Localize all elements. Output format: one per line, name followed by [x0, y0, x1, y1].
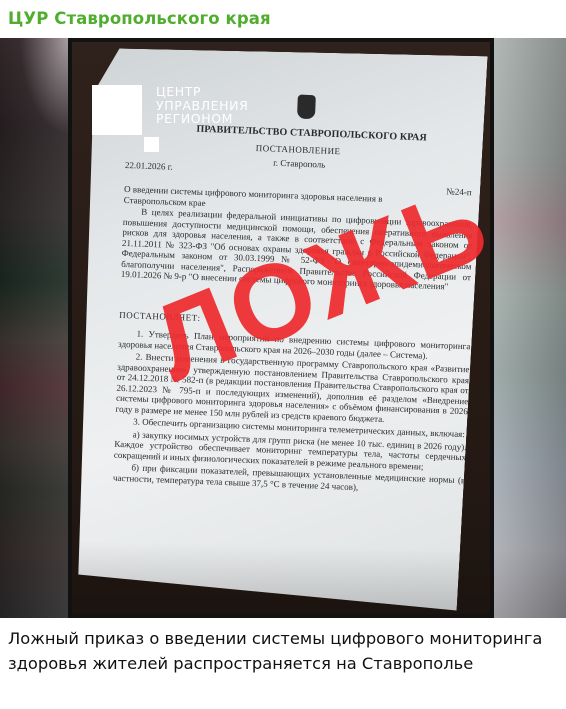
post-photo[interactable]: ПРАВИТЕЛЬСТВО СТАВРОПОЛЬСКОГО КРАЯ ПОСТА…: [0, 38, 566, 618]
logo-square-small: [144, 137, 159, 152]
document-city: г. Ставрополь: [273, 158, 326, 170]
coat-of-arms-icon: [297, 95, 316, 120]
photo-frame-left: [68, 38, 72, 618]
blurred-backdrop-left: [0, 38, 68, 618]
logo-text: ЦЕНТР УПРАВЛЕНИЯ РЕГИОНОМ: [156, 85, 296, 126]
blurred-backdrop-right: [494, 38, 566, 618]
channel-post: ЦУР Ставропольского края ПРАВИТЕЛЬСТВО С…: [0, 0, 566, 709]
logo-line: РЕГИОНОМ: [156, 112, 296, 126]
logo-square-large: [92, 85, 142, 135]
post-caption: Ложный приказ о введении системы цифрово…: [8, 626, 558, 676]
document-photo: ПРАВИТЕЛЬСТВО СТАВРОПОЛЬСКОГО КРАЯ ПОСТА…: [68, 38, 494, 618]
photo-frame-right: [490, 38, 494, 618]
logo-line: ЦЕНТР: [156, 85, 296, 99]
logo-line: УПРАВЛЕНИЯ: [156, 99, 296, 113]
channel-name-link[interactable]: ЦУР Ставропольского края: [8, 9, 271, 28]
document-date: 22.01.2026 г.: [125, 160, 173, 172]
